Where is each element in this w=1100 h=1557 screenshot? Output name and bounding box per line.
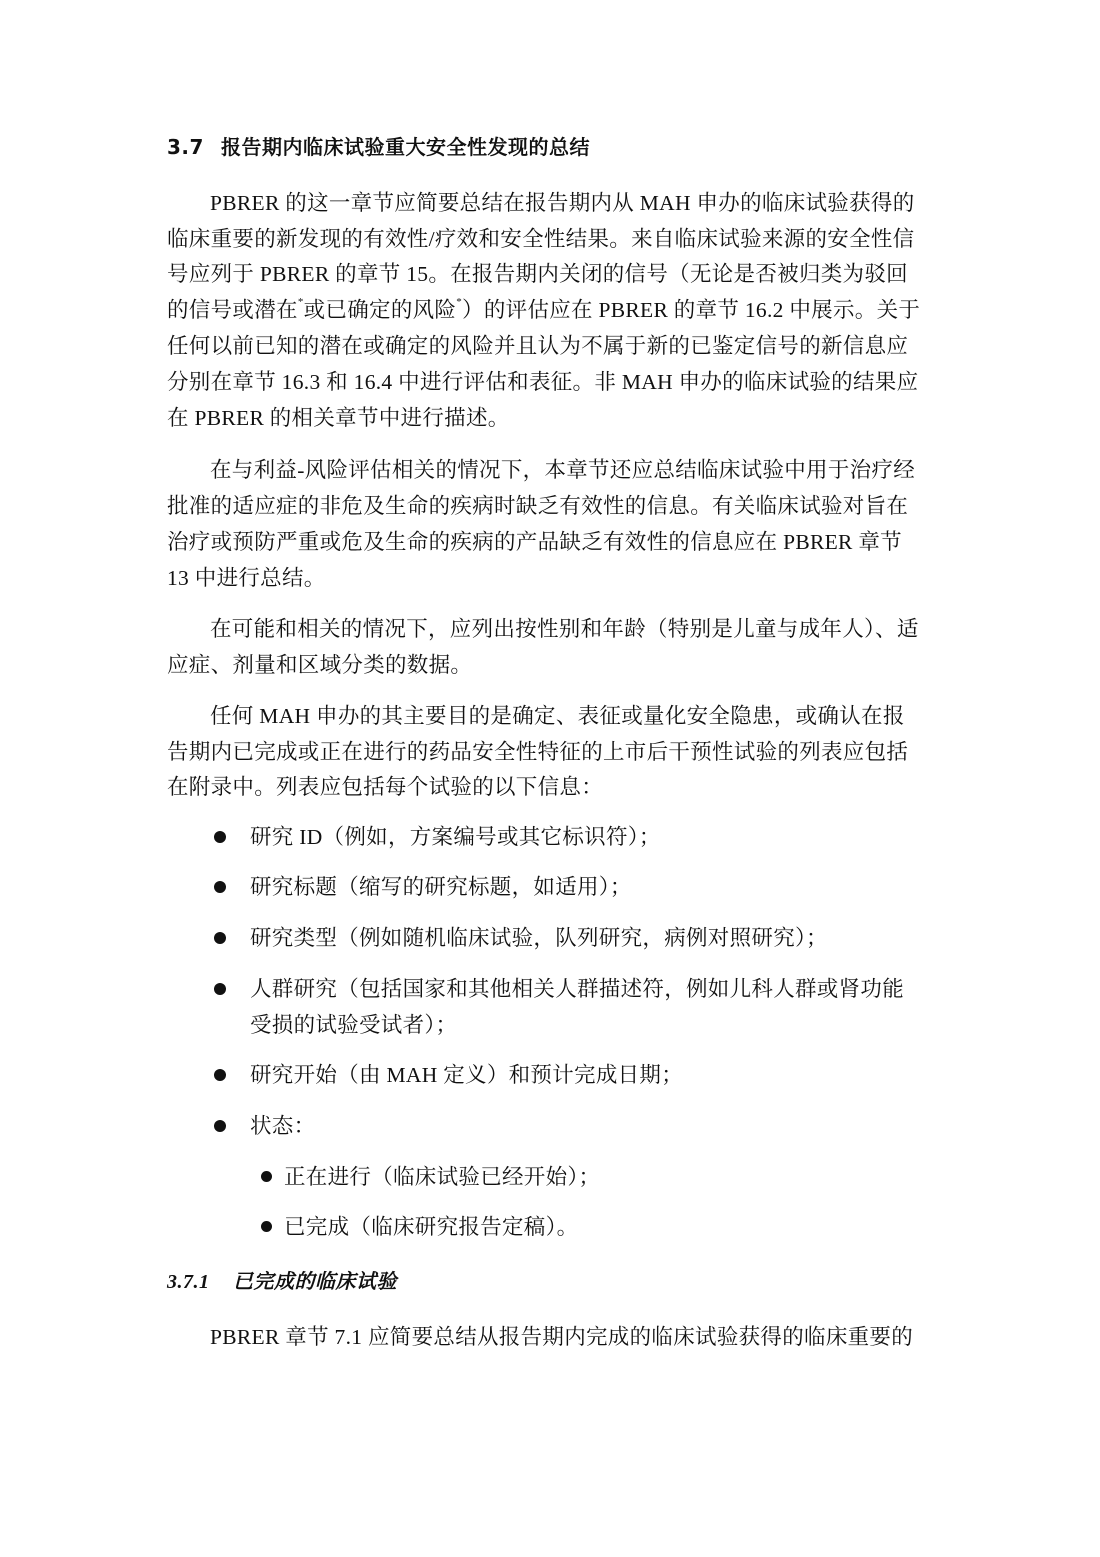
- sub-bullet-ongoing: 正在进行（临床试验已经开始）；: [284, 1162, 600, 1192]
- paragraph-1-line-6: 分别在章节 16.3 和 16.4 中进行评估和表征。非 MAH 申办的临床试验…: [167, 367, 918, 397]
- bullet-icon: [214, 1069, 226, 1081]
- paragraph-1-line-2: 临床重要的新发现的有效性/疗效和安全性结果。来自临床试验来源的安全性信: [167, 224, 914, 254]
- subsection-number: 3.7.1: [167, 1267, 233, 1297]
- document-page: 3.7报告期内临床试验重大安全性发现的总结 PBRER 的这一章节应简要总结在报…: [0, 0, 1100, 1557]
- bullet-icon: [214, 881, 226, 893]
- bullet-item-study-start: 研究开始（由 MAH 定义）和预计完成日期；: [250, 1060, 683, 1090]
- paragraph-1-line-7: 在 PBRER 的相关章节中进行描述。: [167, 403, 510, 433]
- paragraph-2-line-1: 在与利益-风险评估相关的情况下，本章节还应总结临床试验中用于治疗经: [210, 455, 915, 485]
- paragraph-4-line-3: 在附录中。列表应包括每个试验的以下信息：: [167, 772, 603, 802]
- bullet-item-study-id: 研究 ID（例如，方案编号或其它标识符）；: [250, 822, 661, 852]
- final-paragraph-line-1: PBRER 章节 7.1 应简要总结从报告期内完成的临床试验获得的临床重要的: [210, 1322, 913, 1352]
- bullet-item-study-title: 研究标题（缩写的研究标题，如适用）；: [250, 872, 632, 902]
- paragraph-2-line-2: 批准的适应症的非危及生命的疾病时缺乏有效性的信息。有关临床试验对旨在: [167, 491, 908, 521]
- paragraph-1-line-5: 任何以前已知的潜在或确定的风险并且认为不属于新的已鉴定信号的新信息应: [167, 331, 908, 361]
- paragraph-1-line-4: 的信号或潜在*或已确定的风险*）的评估应在 PBRER 的章节 16.2 中展示…: [167, 295, 920, 325]
- bullet-icon: [214, 983, 226, 995]
- paragraph-2-line-4: 13 中进行总结。: [167, 563, 326, 593]
- section-heading: 3.7报告期内临床试验重大安全性发现的总结: [167, 132, 590, 162]
- section-title: 报告期内临床试验重大安全性发现的总结: [221, 135, 590, 159]
- bullet-item-population-line-1: 人群研究（包括国家和其他相关人群描述符，例如儿科人群或肾功能: [250, 974, 904, 1004]
- subsection-heading: 3.7.1已完成的临床试验: [167, 1267, 397, 1297]
- bullet-item-study-type: 研究类型（例如随机临床试验，队列研究，病例对照研究）；: [250, 923, 828, 953]
- paragraph-3-line-2: 应症、剂量和区域分类的数据。: [167, 650, 472, 680]
- paragraph-3-line-1: 在可能和相关的情况下，应列出按性别和年龄（特别是儿童与成年人）、适: [210, 614, 919, 644]
- bullet-icon: [214, 932, 226, 944]
- paragraph-1-line-1: PBRER 的这一章节应简要总结在报告期内从 MAH 申办的临床试验获得的: [210, 188, 915, 218]
- paragraph-4-line-2: 告期内已完成或正在进行的药品安全性特征的上市后干预性试验的列表应包括: [167, 737, 908, 767]
- paragraph-2-line-3: 治疗或预防严重或危及生命的疾病的产品缺乏有效性的信息应在 PBRER 章节: [167, 527, 902, 557]
- bullet-item-population-line-2: 受损的试验受试者）；: [250, 1010, 457, 1040]
- bullet-icon: [214, 1120, 226, 1132]
- subsection-title: 已完成的临床试验: [233, 1271, 397, 1293]
- bullet-icon: [214, 831, 226, 843]
- sub-bullet-icon: [261, 1171, 272, 1182]
- sub-bullet-completed: 已完成（临床研究报告定稿）。: [284, 1212, 578, 1242]
- sub-bullet-icon: [261, 1221, 272, 1232]
- section-number: 3.7: [167, 132, 221, 162]
- paragraph-4-line-1: 任何 MAH 申办的其主要目的是确定、表征或量化安全隐患，或确认在报: [210, 701, 905, 731]
- paragraph-1-line-3: 号应列于 PBRER 的章节 15。在报告期内关闭的信号（无论是否被归类为驳回: [167, 259, 908, 289]
- bullet-item-status: 状态：: [250, 1111, 315, 1141]
